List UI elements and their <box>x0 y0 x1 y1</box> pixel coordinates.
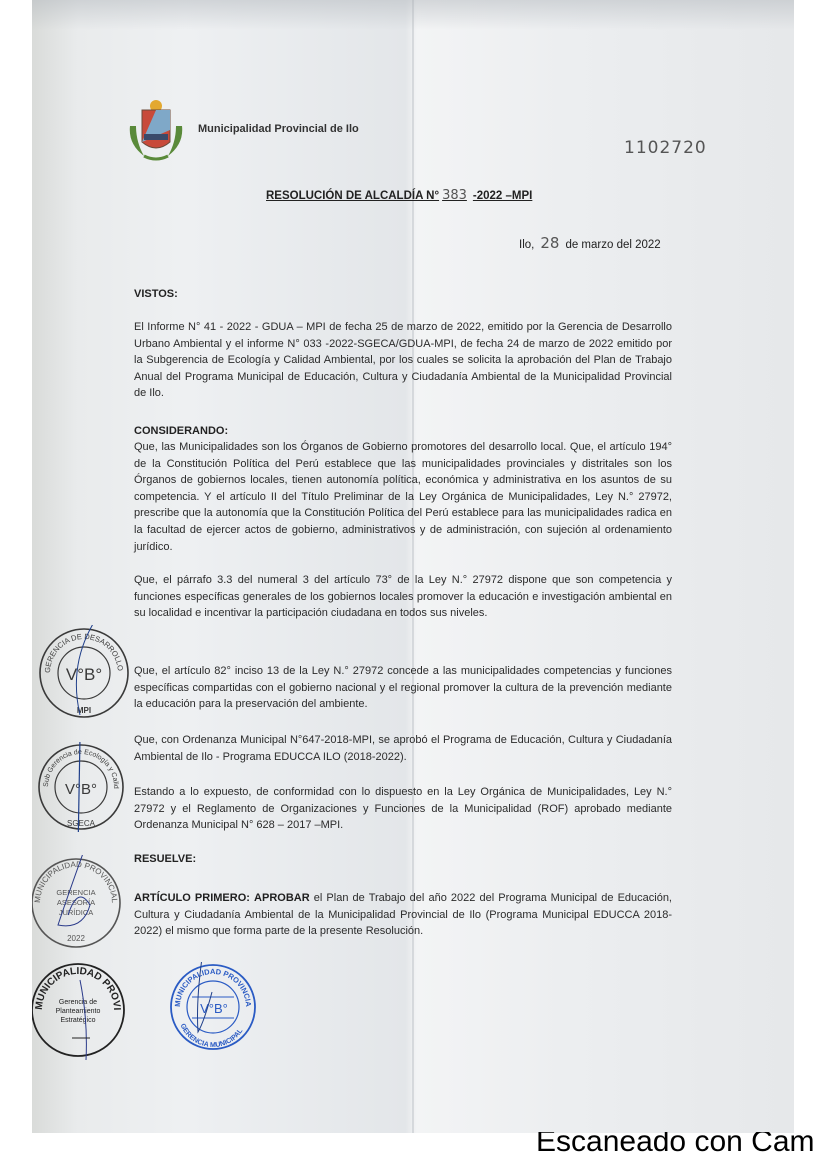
stamp-center-line: Estratégico <box>60 1017 95 1024</box>
resuelve-heading: RESUELVE: <box>134 853 196 865</box>
considerando-paragraph: Que, con Ordenanza Municipal N°647-2018-… <box>134 732 672 765</box>
date-day: 28 <box>540 234 559 252</box>
stamp-center: V°B° <box>200 1001 228 1016</box>
stamp-planeamiento-estrategico: MUNICIPALIDAD PROVINCIAL DE ILO Gerencia… <box>32 960 128 1060</box>
document: Municipalidad Provincial de Ilo 1102720 … <box>32 0 794 1133</box>
article-label: ARTÍCULO PRIMERO: <box>134 892 250 904</box>
folio-number: 1102720 <box>624 138 707 158</box>
stamp-center-line: Planteamiento <box>56 1008 101 1015</box>
considerando-heading: CONSIDERANDO: <box>134 425 228 437</box>
resolution-title: RESOLUCIÓN DE ALCALDÍA N°383-2022 –MPI <box>266 188 532 203</box>
stamp-asesoria-juridica: MUNICIPALIDAD PROVINCIAL DE ILO GERENCIA… <box>32 855 124 951</box>
resolution-number: 383 <box>442 188 467 203</box>
article-verb: APROBAR <box>254 892 310 904</box>
vistos-heading: VISTOS: <box>134 288 178 300</box>
stamp-gerencia-municipal-vobo: MUNICIPALIDAD PROVINCIAL DE ILO V°B° GER… <box>168 962 258 1052</box>
considerando-paragraph: Que, el párrafo 3.3 del numeral 3 del ar… <box>134 572 672 622</box>
stamp-gdua-vobo: GERENCIA DE DESARROLLO URBANO V°B° MPI <box>36 625 132 721</box>
considerando-paragraph: Que, las Municipalidades son los Órganos… <box>134 439 672 555</box>
scanned-page: Municipalidad Provincial de Ilo 1102720 … <box>32 0 794 1133</box>
stamp-sgeca-vobo: Sub Gerencia de Ecología y Calidad Ambie… <box>36 742 126 832</box>
stamp-center-line: GERENCIA <box>56 888 95 897</box>
organization-name: Municipalidad Provincial de Ilo <box>198 123 359 135</box>
svg-text:GERENCIA MUNICIPAL: GERENCIA MUNICIPAL <box>179 1023 245 1049</box>
stamp-bottom: 2022 <box>67 934 85 943</box>
stamp-center-line: Gerencia de <box>59 999 97 1006</box>
date-city: Ilo, <box>519 239 534 251</box>
dateline: Ilo,28de marzo del 2022 <box>519 234 661 252</box>
considerando-paragraph: Que, el artículo 82° inciso 13 de la Ley… <box>134 663 672 713</box>
stamp-bottom: SGECA <box>67 819 96 828</box>
stamp-center: V°B° <box>65 781 97 798</box>
municipal-coat-of-arms-icon <box>122 96 190 164</box>
title-prefix: RESOLUCIÓN DE ALCALDÍA N° <box>266 190 439 202</box>
date-month-year: de marzo del 2022 <box>565 239 660 251</box>
article-primero: ARTÍCULO PRIMERO: APROBAR el Plan de Tra… <box>134 890 672 940</box>
stamp-center: V°B° <box>66 665 102 684</box>
considerando-paragraph: Estando a lo expuesto, de conformidad co… <box>134 784 672 834</box>
title-suffix: -2022 –MPI <box>473 190 532 202</box>
vistos-text: El Informe N° 41 - 2022 - GDUA – MPI de … <box>134 319 672 402</box>
stamp-bottom: GERENCIA MUNICIPAL <box>179 1023 245 1049</box>
